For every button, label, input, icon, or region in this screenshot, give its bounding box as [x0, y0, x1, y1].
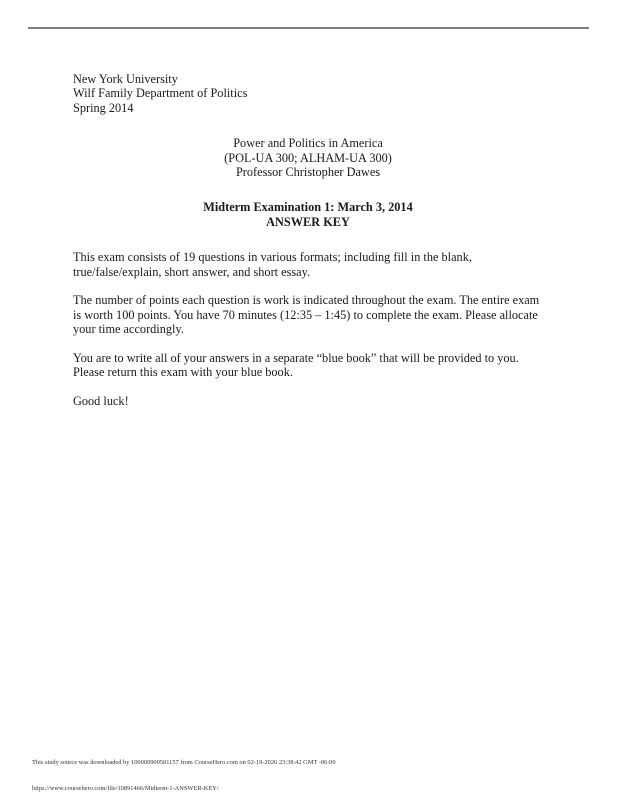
instruction-paragraph-points: The number of points each question is wo… [73, 293, 543, 336]
department-name: Wilf Family Department of Politics [73, 86, 543, 100]
source-url[interactable]: https://www.coursehero.com/file/10891466… [32, 785, 219, 792]
top-horizontal-rule [28, 27, 589, 29]
exam-instructions: This exam consists of 19 questions in va… [73, 250, 543, 408]
exam-cover-page: New York University Wilf Family Departme… [73, 72, 543, 423]
instruction-paragraph-format: This exam consists of 19 questions in va… [73, 250, 543, 279]
course-instructor: Professor Christopher Dawes [73, 165, 543, 179]
course-title: Power and Politics in America [73, 136, 543, 150]
exam-title: Midterm Examination 1: March 3, 2014 [73, 200, 543, 214]
instruction-paragraph-blue-book: You are to write all of your answers in … [73, 351, 543, 380]
term: Spring 2014 [73, 101, 543, 115]
institution-name: New York University [73, 72, 543, 86]
exam-subtitle: ANSWER KEY [73, 215, 543, 229]
course-info: Power and Politics in America (POL-UA 30… [73, 136, 543, 179]
exam-title-block: Midterm Examination 1: March 3, 2014 ANS… [73, 200, 543, 229]
instruction-paragraph-good-luck: Good luck! [73, 394, 543, 408]
download-notice: This study source was downloaded by 1000… [32, 759, 336, 766]
institution-header: New York University Wilf Family Departme… [73, 72, 543, 115]
course-codes: (POL-UA 300; ALHAM-UA 300) [73, 151, 543, 165]
